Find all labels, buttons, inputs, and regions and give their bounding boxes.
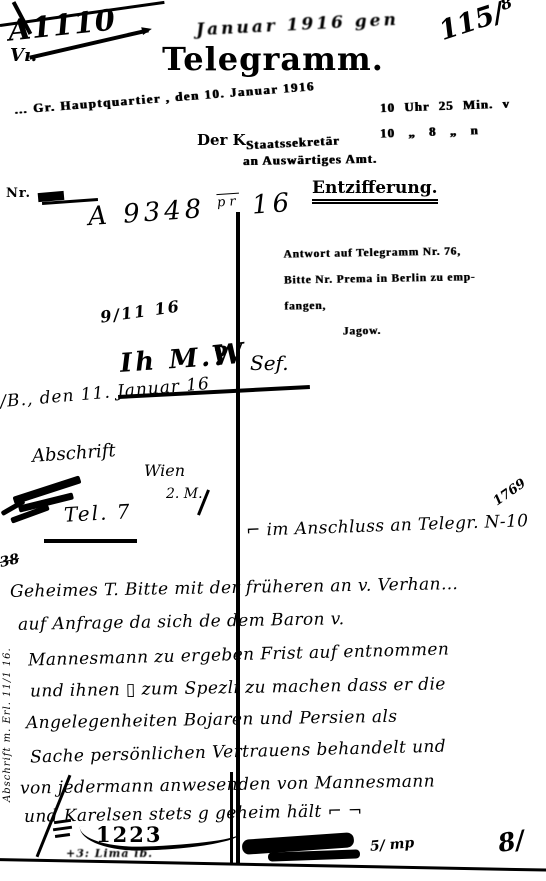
top-handwritten-note: Januar 1916 gen (196, 11, 400, 40)
dateline: … Gr. Hauptquartier , den 10. Januar 191… (13, 78, 315, 118)
body-line: Geheimes T. Bitte mit der früheren an v.… (10, 574, 459, 602)
body-line: ⌐ im Anschluss an Telegr. N-10 (246, 511, 529, 541)
reply-reference-block: Antwort auf Telegramm Nr. 76, Bitte Nr. … (283, 238, 476, 345)
page-number-handwritten: 8/ (496, 826, 527, 858)
decipherment-heading: Entzifferung. (312, 178, 438, 204)
body-line: auf Anfrage da sich de dem Baron v. (18, 609, 345, 635)
form-title: Telegramm. (0, 40, 546, 78)
corner-code-note: 1769 (491, 477, 529, 509)
time-field-row2: 10 „ 8 „ n (380, 122, 479, 141)
body-line: Angelegenheiten Bojaren und Persien als (26, 707, 398, 733)
vertical-divider-rule (236, 212, 240, 864)
sender-typed: Staatssekretär (246, 133, 341, 154)
body-line: und ihnen ▯ zum Spezli zu machen dass er… (30, 674, 446, 701)
arrow-head (141, 25, 153, 35)
registry-number-tail: 16 (251, 188, 294, 221)
sender-prefix-label: Der K. (197, 131, 251, 149)
mini-stamp-mark (55, 833, 70, 838)
crossed-out-signature-blob (268, 849, 360, 861)
nr-field-label: Nr. (6, 186, 31, 201)
w-initial: W (210, 338, 244, 372)
reply-line: Antwort auf Telegramm Nr. 76, (283, 238, 475, 267)
berlin-date-line: /B., den 11. Januar 16 (0, 375, 211, 412)
time-field-row1: 10 Uhr 25 Min. v (380, 96, 510, 117)
body-line: von jedermann anwesenden von Mannesmann (20, 771, 435, 798)
wien-note: Wien (144, 462, 185, 480)
registry-number-main: A 9348 (87, 194, 206, 232)
registry-date-note: 9/11 16 (99, 297, 182, 326)
margin-vertical-note: Abschrift m. Erl. 11/1 16. (2, 647, 13, 802)
tel-note: Tel. 7 (63, 500, 132, 526)
recipient-typed: an Auswärtiges Amt. (243, 151, 377, 169)
mini-stamp-mark (53, 826, 72, 832)
registry-number-sup: pr (217, 194, 241, 211)
wien-date-note: 2. M., (166, 487, 207, 502)
sef-note: Sef. (250, 352, 289, 374)
telegram-scan-page: A1110 Vı. Januar 1916 gen 115/8' Telegra… (0, 0, 546, 881)
underline-stroke (44, 539, 137, 543)
reply-line: Bitte Nr. Prema in Berlin zu emp- (284, 264, 476, 293)
registry-number-handwritten: A 9348 pr 16 (87, 189, 294, 232)
reply-signature: Jagow. (342, 316, 476, 344)
reply-line: fangen, (284, 290, 476, 319)
stamp-sub-note: +3: Lima ib. (66, 848, 153, 860)
signature-note: 5/ mp (369, 836, 415, 855)
margin-number-mark: 38 (0, 552, 21, 571)
abschrift-note: Abschrift (31, 441, 116, 467)
